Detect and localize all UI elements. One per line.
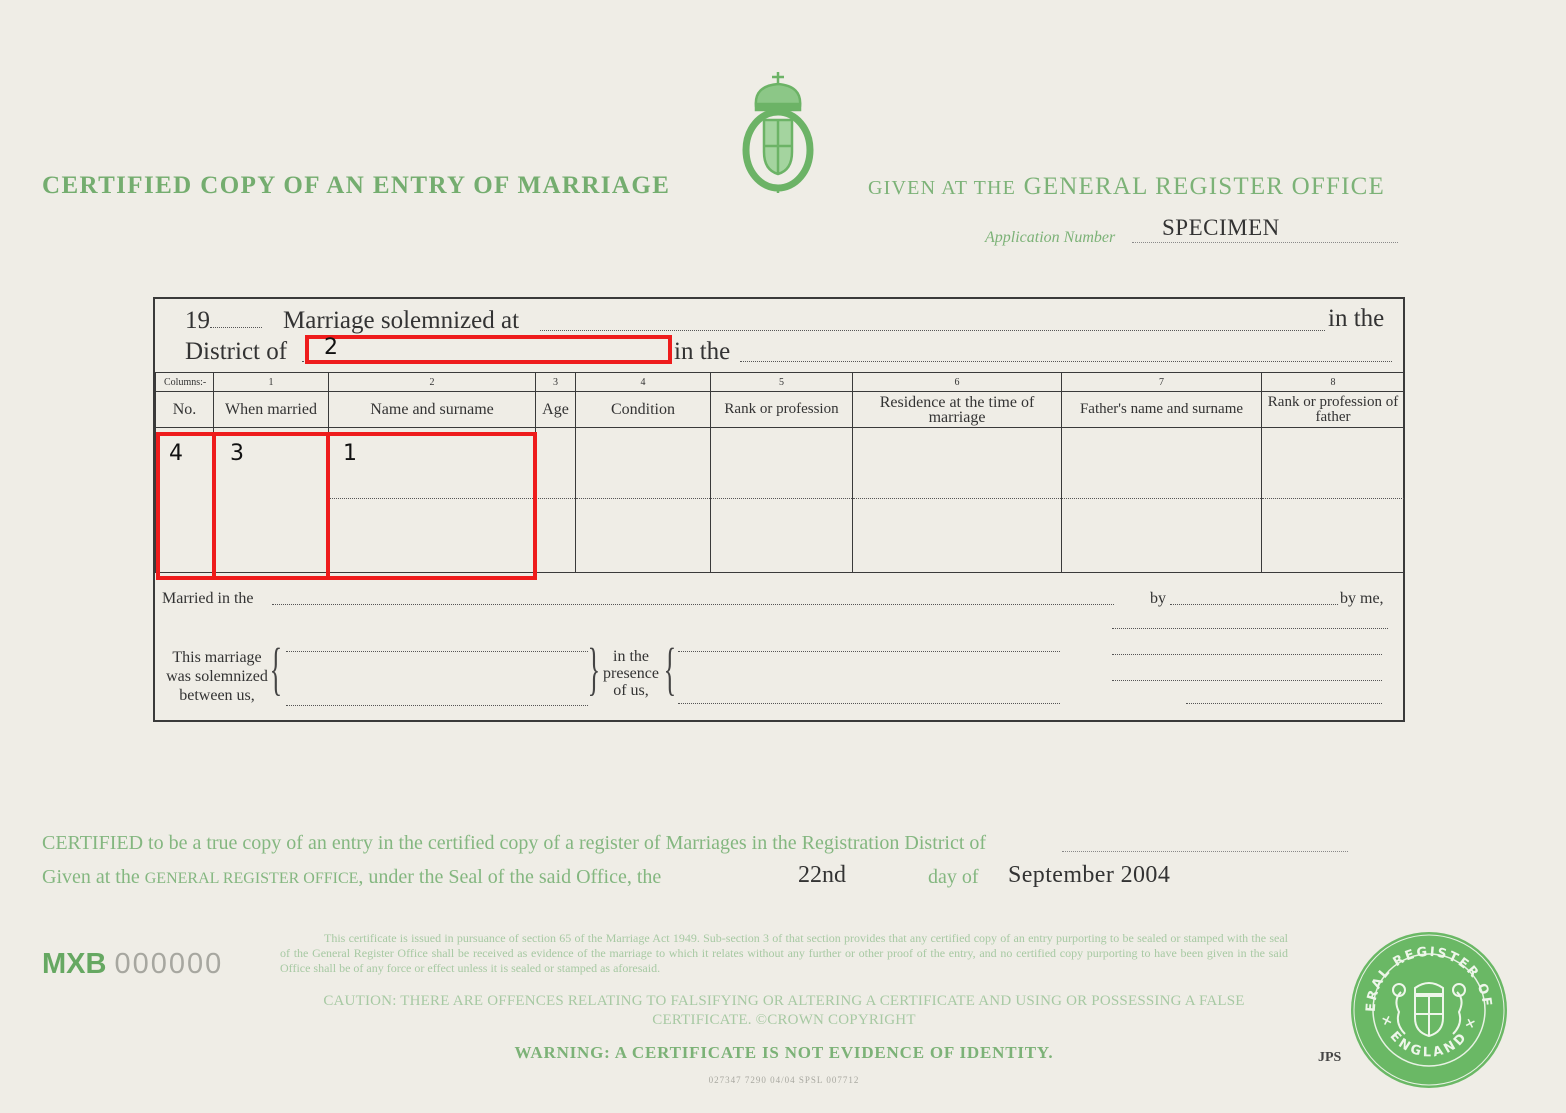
certificate-title: CERTIFIED COPY OF AN ENTRY OF MARRIAGE (42, 172, 670, 200)
cell-age[interactable] (536, 428, 576, 573)
header-residence: Residence at the time of marriage (853, 392, 1062, 428)
cell-father-name[interactable] (1062, 428, 1262, 573)
application-number-label: Application Number (985, 229, 1115, 247)
header-no: No. (156, 392, 214, 428)
header-condition: Condition (576, 392, 711, 428)
party-2-signature[interactable] (286, 705, 588, 706)
general-register-office-seal-icon: GENERAL REGISTER OFFICE × ENGLAND × (1349, 930, 1509, 1090)
annotation-box-1: 1 (326, 432, 537, 580)
header-when-married: When married (214, 392, 329, 428)
officiant-signature-1[interactable] (1112, 628, 1388, 629)
column-number-row: Columns:- 1 2 3 4 5 6 7 8 (156, 373, 1405, 392)
county-field[interactable] (740, 361, 1392, 362)
officiant-signature-2[interactable] (1112, 654, 1382, 655)
day-of-label: day of (928, 866, 979, 889)
column-number: 7 (1062, 373, 1262, 392)
district-label: District of (185, 338, 287, 366)
presence-label: in the presence of us, (597, 648, 665, 699)
annotation-label: 4 (169, 441, 183, 466)
solemnized-at-label: Marriage solemnized at (283, 307, 519, 335)
issue-day: 22nd (798, 862, 846, 889)
royal-crest-icon (738, 70, 818, 195)
married-in-the-label: Married in the (162, 590, 254, 608)
registration-district-field (1062, 851, 1348, 852)
cell-condition[interactable] (576, 428, 711, 573)
year-field: 19 (185, 307, 280, 335)
warning-notice: WARNING: A CERTIFICATE IS NOT EVIDENCE O… (280, 1043, 1288, 1063)
left-brace-icon: { (270, 640, 283, 698)
cell-residence[interactable] (853, 428, 1062, 573)
serial-number: MXB 000000 (42, 948, 223, 981)
annotation-box-3: 3 (212, 432, 330, 580)
cell-rank-profession[interactable] (711, 428, 853, 573)
header-father-rank: Rank or profession of father (1262, 392, 1405, 428)
given-statement: Given at the General Register Office, un… (42, 866, 661, 889)
print-code: 027347 7290 04/04 SPSL 007712 (280, 1075, 1288, 1085)
officiant-signature-4[interactable] (1186, 703, 1382, 704)
annotation-label: 3 (230, 441, 244, 466)
statute-notice: This certificate is issued in pursuance … (280, 931, 1288, 976)
party-1-signature[interactable] (286, 651, 588, 652)
issue-month-year: September 2004 (1008, 862, 1170, 889)
column-number: 4 (576, 373, 711, 392)
married-in-the-field[interactable] (272, 604, 1114, 605)
columns-label: Columns:- (156, 373, 214, 392)
annotation-box-2: 2 (305, 335, 672, 364)
caution-notice: CAUTION: THERE ARE OFFENCES RELATING TO … (280, 992, 1288, 1030)
header-father-name: Father's name and surname (1062, 392, 1262, 428)
cell-father-rank[interactable] (1262, 428, 1405, 573)
left-brace-icon: { (664, 640, 677, 698)
in-the-label-1: in the (1328, 305, 1384, 333)
header-name-surname: Name and surname (329, 392, 536, 428)
by-me-label: by me, (1340, 590, 1384, 608)
annotation-box-4: 4 (156, 432, 216, 580)
application-number-underline (1132, 242, 1398, 243)
column-number: 5 (711, 373, 853, 392)
column-number: 6 (853, 373, 1062, 392)
column-number: 2 (329, 373, 536, 392)
witness-2-signature[interactable] (678, 703, 1060, 704)
issuer-title: Given at the GENERAL REGISTER OFFICE (868, 173, 1385, 201)
by-label: by (1150, 590, 1166, 608)
solemnized-between-label: This marriage was solemnized between us, (158, 648, 276, 705)
annotation-label: 1 (343, 441, 357, 466)
column-header-row: No. When married Name and surname Age Co… (156, 392, 1405, 428)
column-number: 3 (536, 373, 576, 392)
column-number: 1 (214, 373, 329, 392)
registrar-initials: JPS (1318, 1050, 1341, 1066)
column-number: 8 (1262, 373, 1405, 392)
witness-1-signature[interactable] (678, 651, 1060, 652)
annotation-label: 2 (324, 335, 338, 360)
solemnized-at-field[interactable] (540, 330, 1325, 331)
certified-statement: CERTIFIED to be a true copy of an entry … (42, 832, 986, 855)
officiant-signature-3[interactable] (1112, 680, 1382, 681)
by-field[interactable] (1170, 604, 1338, 605)
header-rank-profession: Rank or profession (711, 392, 853, 428)
in-the-label-2: in the (674, 338, 730, 366)
application-number-value: SPECIMEN (1162, 215, 1280, 241)
header-age: Age (536, 392, 576, 428)
